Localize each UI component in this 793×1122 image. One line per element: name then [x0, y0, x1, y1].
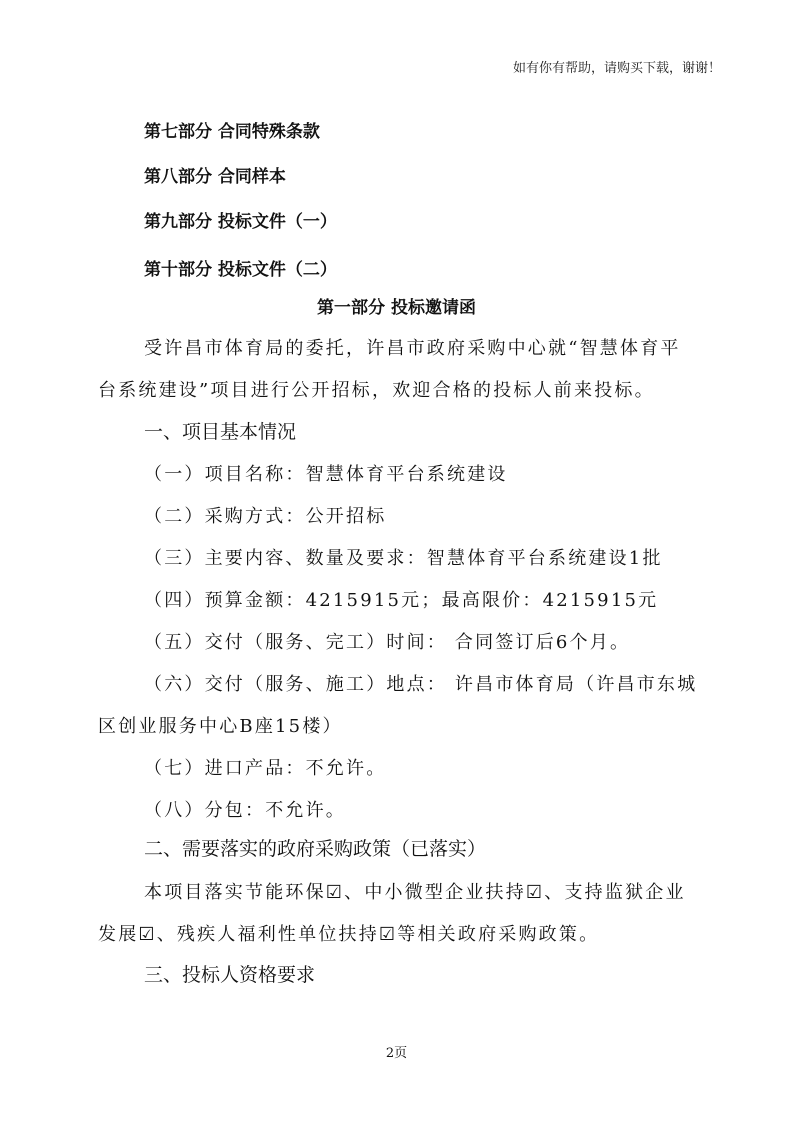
item-delivery-location: （六）交付（服务、施工）地点： 许昌市体育局（许昌市东城 [144, 670, 697, 696]
toc-item-part10: 第十部分 投标文件（二） [144, 255, 337, 280]
item-procurement-method: （二）采购方式：公开招标 [144, 502, 386, 528]
item-project-name: （一）项目名称：智慧体育平台系统建设 [144, 460, 508, 486]
item-delivery-location-cont: 区创业服务中心B座15楼） [98, 712, 343, 738]
toc-item-part7: 第七部分 合同特殊条款 [144, 117, 320, 142]
item-delivery-time: （五）交付（服务、完工）时间： 合同签订后6个月。 [144, 628, 630, 654]
part-title: 第一部分 投标邀请函 [0, 293, 793, 318]
item-budget: （四）预算金额：4215915元；最高限价：4215915元 [144, 586, 658, 612]
item-subcontracting: （八）分包：不允许。 [144, 796, 346, 822]
page-number: 2页 [0, 1042, 793, 1061]
intro-line-2: 台系统建设”项目进行公开招标，欢迎合格的投标人前来投标。 [98, 376, 655, 402]
toc-item-part9: 第九部分 投标文件（一） [144, 207, 337, 232]
header-note: 如有你有帮助，请购买下载，谢谢！ [513, 57, 721, 76]
section1-title: 一、项目基本情况 [144, 417, 296, 444]
item-imported-products: （七）进口产品：不允许。 [144, 754, 386, 780]
section2-line-1: 本项目落实节能环保☑、中小微型企业扶持☑、支持监狱企业 [144, 878, 686, 904]
intro-line-1: 受许昌市体育局的委托，许昌市政府采购中心就“智慧体育平 [144, 334, 681, 360]
section2-title: 二、需要落实的政府采购政策（已落实） [144, 834, 486, 861]
section3-title: 三、投标人资格要求 [144, 960, 315, 987]
section2-line-2: 发展☑、残疾人福利性单位扶持☑等相关政府采购政策。 [98, 920, 599, 946]
toc-item-part8: 第八部分 合同样本 [144, 162, 286, 187]
item-main-content: （三）主要内容、数量及要求：智慧体育平台系统建设1批 [144, 544, 663, 570]
